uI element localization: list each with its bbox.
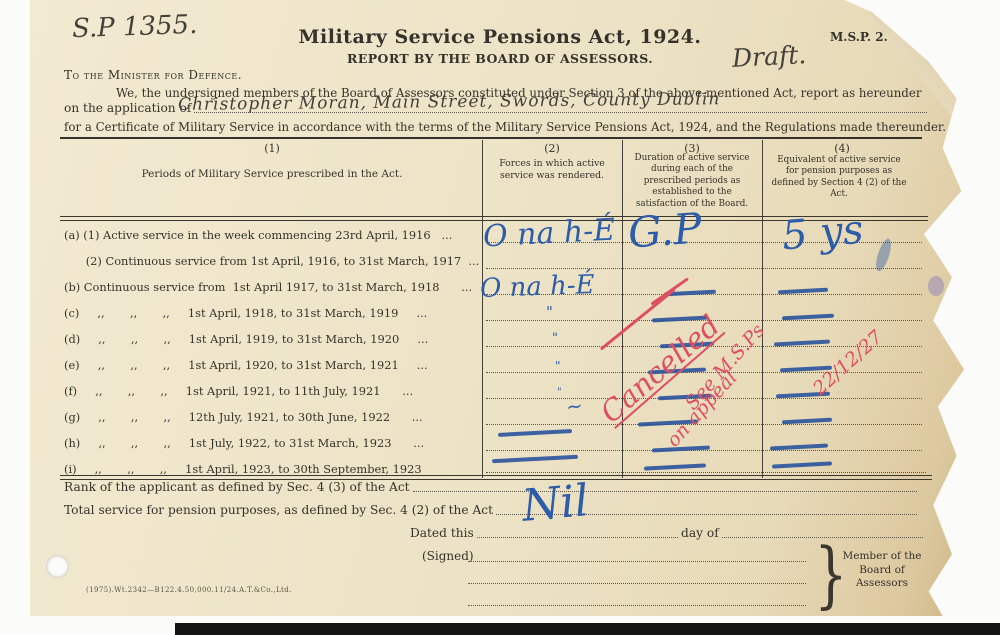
- blue-dash-mark: [492, 455, 578, 463]
- handwritten-total-service-value: Nil: [520, 475, 591, 532]
- blue-dash-mark: [644, 463, 706, 470]
- row-leader-dots: [486, 471, 926, 473]
- row-leader-dots: [486, 423, 922, 425]
- rank-line: Rank of the applicant as defined by Sec.…: [64, 480, 920, 494]
- handwritten-draft-note: Draft.: [731, 40, 807, 73]
- form-subtitle: REPORT BY THE BOARD OF ASSESSORS.: [250, 51, 750, 66]
- col2-number: (2): [522, 142, 582, 155]
- document-paper: S.P 1355. Military Service Pensions Act,…: [30, 0, 966, 616]
- intro-line-3: for a Certificate of Military Service in…: [64, 120, 944, 134]
- rank-label: Rank of the applicant as defined by Sec.…: [64, 480, 410, 494]
- col1-header: Periods of Military Service prescribed i…: [122, 168, 422, 182]
- handwritten-ditto-mark: ": [546, 303, 553, 321]
- punch-hole: [46, 555, 69, 578]
- dated-line: Dated this day of: [410, 526, 926, 540]
- table-row: (e) ,, ,, ,, 1st April, 1920, to 31st Ma…: [64, 358, 428, 372]
- col2-header: Forces in which active service was rende…: [488, 158, 616, 182]
- table-row: (c) ,, ,, ,, 1st April, 1918, to 31st Ma…: [64, 306, 427, 320]
- scan-edge-bar: [175, 623, 1000, 635]
- table-divider-1: [482, 140, 483, 478]
- col4-number: (4): [812, 142, 872, 155]
- table-row: (2) Continuous service from 1st April, 1…: [64, 254, 479, 268]
- dated-this-label: Dated this: [410, 526, 474, 540]
- handwritten-forces-row-b: O na h-É: [480, 270, 596, 304]
- table-row: (i) ,, ,, ,, 1st April, 1923, to 30th Se…: [64, 462, 422, 476]
- table-row: (d) ,, ,, ,, 1st April, 1919, to 31st Ma…: [64, 332, 428, 346]
- table-row: (h) ,, ,, ,, 1st July, 1922, to 31st Mar…: [64, 436, 424, 450]
- printer-imprint: (1975).Wt.2342—B122.4.50,000.11/24.A.T.&…: [86, 586, 292, 594]
- dated-dotted-line: [477, 537, 678, 538]
- table-row: (a) (1) Active service in the week comme…: [64, 228, 452, 242]
- rank-dotted-line: [413, 491, 917, 492]
- table-top-rule: [60, 137, 922, 139]
- row-leader-dots: [486, 267, 922, 269]
- addressee-line: To the Minister for Defence.: [64, 68, 242, 82]
- signature-line: [468, 582, 806, 584]
- handwritten-forces-row-a: O na h-É: [482, 213, 616, 255]
- member-of-board-label: Member of the Board of Assessors: [836, 550, 928, 591]
- handwritten-duration-row-a: G.P: [626, 203, 703, 257]
- handwritten-ditto-mark: ": [555, 359, 561, 373]
- signature-line: [468, 560, 806, 562]
- blue-dash-mark: [498, 429, 572, 437]
- handwritten-date-note: 22/12/27: [789, 308, 908, 418]
- application-of-label: on the application of: [64, 101, 191, 115]
- blue-dash-mark: [772, 461, 832, 468]
- table-divider-3: [762, 140, 763, 478]
- col1-number: (1): [242, 142, 302, 155]
- handwritten-reference-number: S.P 1355.: [72, 10, 198, 44]
- handwritten-ditto-mark: ": [557, 387, 562, 398]
- signature-line: [468, 604, 806, 606]
- table-row: (b) Continuous service from 1st April 19…: [64, 280, 472, 294]
- form-title: Military Service Pensions Act, 1924.: [250, 26, 750, 48]
- total-service-line: Total service for pension purposes, as d…: [64, 503, 920, 517]
- col4-header: Equivalent of active service for pension…: [770, 155, 908, 201]
- handwritten-ditto-mark: ": [552, 331, 558, 346]
- form-code: M.S.P. 2.: [830, 30, 888, 44]
- handwritten-equivalent-row-a: 5 ys: [780, 207, 865, 260]
- signed-label: (Signed): [422, 549, 474, 563]
- day-of-label: day of: [681, 526, 719, 540]
- table-row: (g) ,, ,, ,, 12th July, 1921, to 30th Ju…: [64, 410, 423, 424]
- col3-header: Duration of active service during each o…: [626, 153, 758, 210]
- ink-smudge: [928, 276, 944, 296]
- table-divider-2: [622, 140, 623, 478]
- table-row: (f) ,, ,, ,, 1st April, 1921, to 11th Ju…: [64, 384, 413, 398]
- total-service-label: Total service for pension purposes, as d…: [64, 503, 493, 517]
